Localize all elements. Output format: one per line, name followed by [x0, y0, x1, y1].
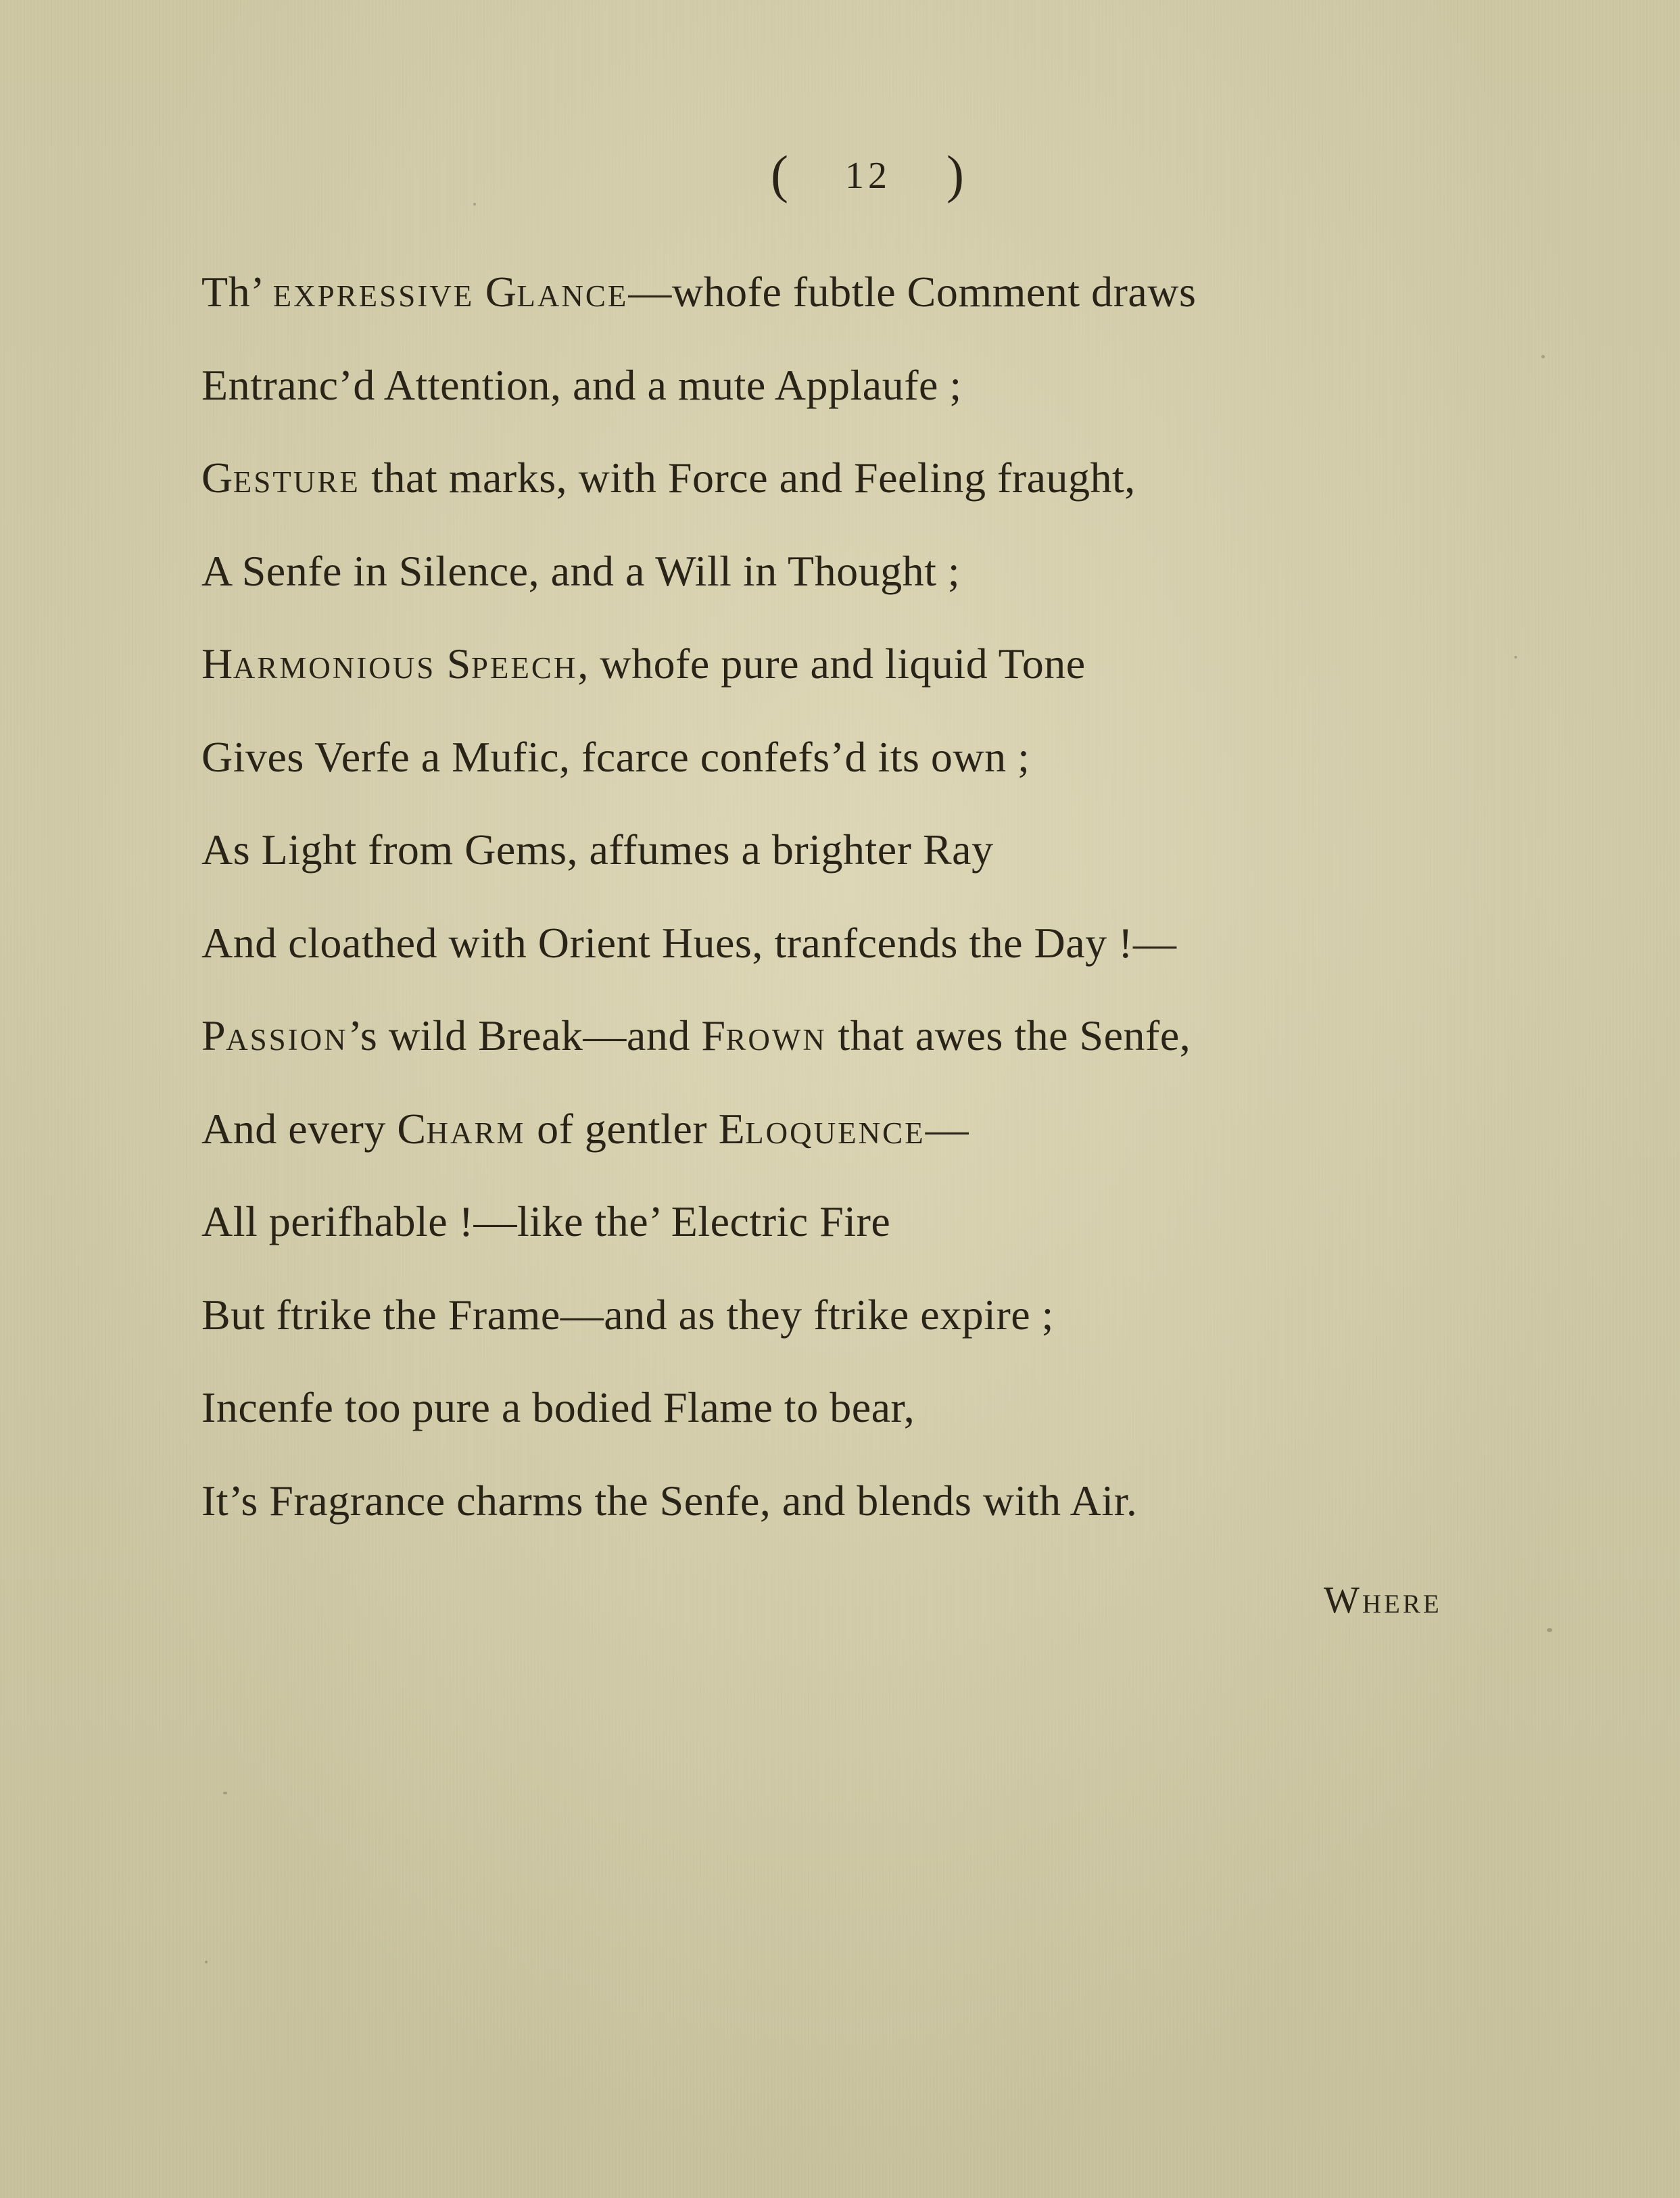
paper-speck — [223, 1792, 227, 1794]
verse-line: Gives Verfe a Mufic, fcarce confefs’d it… — [201, 730, 1486, 823]
text-segment: As Light from Gems, affumes a brighter R… — [201, 826, 994, 874]
text-segment: Entranc’d Attention, and a mute Applaufe… — [201, 361, 962, 409]
text-segment: of gentler E — [526, 1105, 746, 1153]
small-caps-segment: loquence — [745, 1105, 925, 1153]
text-segment: And cloathed with Orient Hues, tranfcend… — [201, 919, 1176, 967]
verse-line: Passion’s wild Break—and Frown that awes… — [201, 1009, 1486, 1102]
text-segment: G — [474, 268, 517, 316]
paper-speck — [1547, 1628, 1552, 1632]
text-segment: , whofe pure and liquid Tone — [577, 640, 1085, 688]
verse-line: And cloathed with Orient Hues, tranfcend… — [201, 916, 1486, 1009]
verse-line: Harmonious Speech, whofe pure and liquid… — [201, 637, 1486, 730]
verse-line: Th’ expressive Glance—whofe fubtle Comme… — [201, 265, 1486, 358]
verse-line: As Light from Gems, affumes a brighter R… — [201, 823, 1486, 916]
verse-block: Th’ expressive Glance—whofe fubtle Comme… — [201, 265, 1486, 1567]
verse-line: And every Charm of gentler Eloquence— — [201, 1102, 1486, 1195]
small-caps-segment: expressive — [273, 268, 475, 316]
small-caps-segment: armonious — [233, 640, 436, 688]
small-caps-segment: harm — [427, 1105, 526, 1153]
text-segment: that awes the Senfe, — [827, 1011, 1191, 1059]
text-segment: ’s wild Break—and F — [348, 1011, 726, 1059]
verse-line: But ftrike the Frame—and as they ftrike … — [201, 1288, 1486, 1381]
verse-line: Entranc’d Attention, and a mute Applaufe… — [201, 358, 1486, 452]
verse-line: Incenfe too pure a bodied Flame to bear, — [201, 1381, 1486, 1474]
text-segment: It’s Fragrance charms the Senfe, and ble… — [201, 1477, 1137, 1525]
text-segment: And every C — [201, 1105, 427, 1153]
paper-speck — [473, 203, 476, 206]
paper-speck — [1514, 656, 1517, 659]
text-segment: P — [201, 1011, 226, 1059]
text-segment: A Senfe in Silence, and a Will in Though… — [201, 547, 960, 595]
small-caps-segment: assion — [226, 1011, 348, 1059]
folio-close-paren: ) — [946, 137, 965, 212]
verse-line: It’s Fragrance charms the Senfe, and ble… — [201, 1474, 1486, 1567]
text-segment: that marks, with Force and Feeling fraug… — [360, 454, 1136, 502]
text-segment: H — [201, 640, 233, 688]
text-segment: But ftrike the Frame—and as they ftrike … — [201, 1291, 1054, 1339]
text-segment: S — [435, 640, 471, 688]
text-segment: Th’ — [201, 268, 273, 316]
text-segment: G — [201, 454, 233, 502]
verse-line: A Senfe in Silence, and a Will in Though… — [201, 544, 1486, 638]
text-segment: —whofe fubtle Comment draws — [628, 268, 1196, 316]
small-caps-segment: lance — [517, 268, 628, 316]
text-segment: All perifhable !—like the’ Electric Fire — [201, 1197, 890, 1245]
text-segment: — — [926, 1105, 969, 1153]
folio-open-paren: ( — [771, 137, 790, 212]
page-number: ( 12 ) — [764, 139, 980, 213]
small-caps-segment: rown — [725, 1011, 826, 1059]
text-segment: Gives Verfe a Mufic, fcarce confefs’d it… — [201, 733, 1030, 781]
verse-line: All perifhable !—like the’ Electric Fire — [201, 1195, 1486, 1288]
text-segment: Incenfe too pure a bodied Flame to bear, — [201, 1383, 915, 1431]
small-caps-segment: peech — [471, 640, 578, 688]
paper-speck — [205, 1961, 208, 1963]
small-caps-segment: esture — [233, 454, 360, 502]
catchword: Where — [1324, 1579, 1442, 1622]
verse-line: Gesture that marks, with Force and Feeli… — [201, 451, 1486, 544]
folio-number: 12 — [845, 139, 891, 213]
paper-speck — [1541, 355, 1545, 358]
